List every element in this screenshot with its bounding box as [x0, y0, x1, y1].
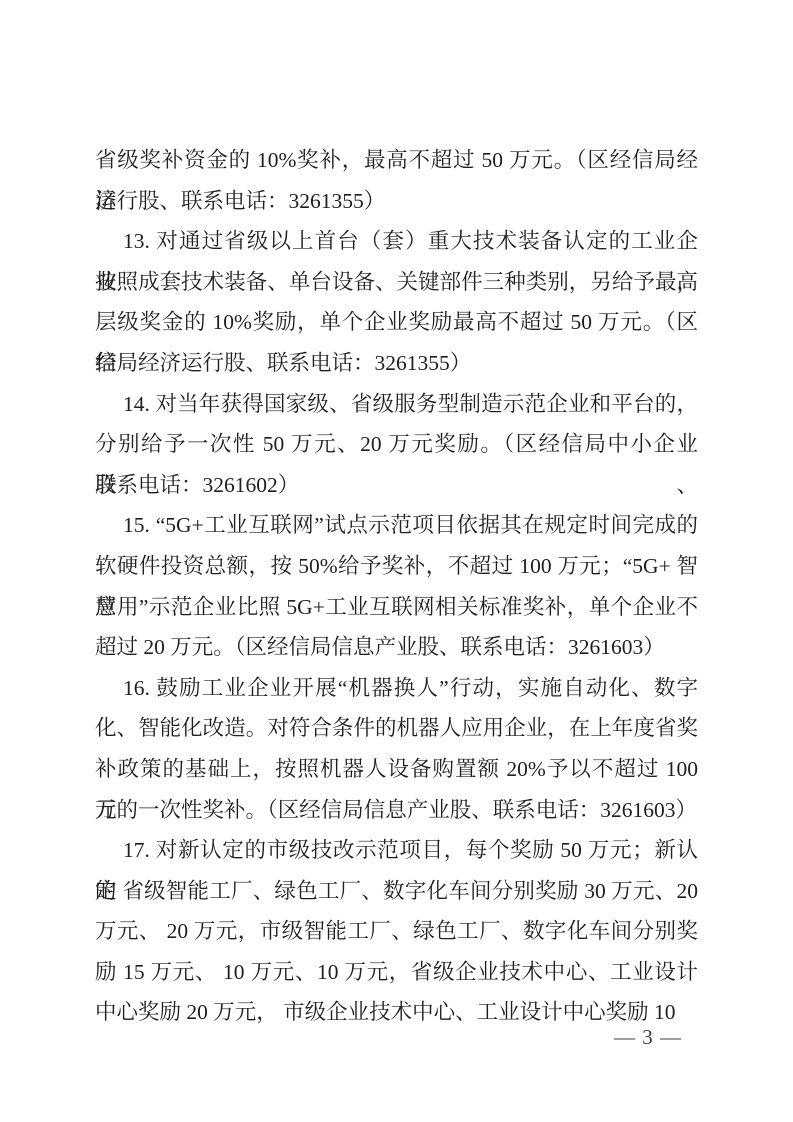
body-line: 13. 对通过省级以上首台（套）重大技术装备认定的工业企业，: [95, 221, 698, 262]
body-line: 15. “5G+工业互联网”试点示范项目依据其在规定时间完成的: [95, 505, 698, 546]
body-line: 分别给予一次性 50 万元、20 万元奖励。（区经信局中小企业股、: [95, 424, 698, 465]
body-line: 万元、 20 万元，市级智能工厂、绿色工厂、数字化车间分别奖: [95, 911, 698, 952]
body-line: 元的一次性奖补。（区经信局信息产业股、联系电话：3261603）: [95, 790, 698, 831]
body-line: 按照成套技术装备、单台设备、关键部件三种类别，另给予最高: [95, 262, 698, 303]
body-line: 层级奖金的 10%奖励，单个企业奖励最高不超过 50 万元。（区经: [95, 302, 698, 343]
body-line: 信局经济运行股、联系电话：3261355）: [95, 343, 698, 384]
body-line: 超过 20 万元。（区经信局信息产业股、联系电话：3261603）: [95, 627, 698, 668]
body-line: 的 省级智能工厂、绿色工厂、数字化车间分别奖励 30 万元、20: [95, 871, 698, 912]
body-line: 运行股、联系电话：3261355）: [95, 181, 698, 222]
body-line: 中心奖励 20 万元， 市级企业技术中心、工业设计中心奖励 10: [95, 992, 698, 1033]
body-line: 励 15 万元、 10 万元、10 万元，省级企业技术中心、工业设计: [95, 952, 698, 993]
body-line: 17. 对新认定的市级技改示范项目，每个奖励 50 万元；新认定: [95, 830, 698, 871]
body-line: 16. 鼓励工业企业开展“机器换人”行动，实施自动化、数字: [95, 668, 698, 709]
body-line: 软硬件投资总额，按 50%给予奖补，不超过 100 万元；“5G+ 智慧: [95, 546, 698, 587]
body-line: 补政策的基础上，按照机器人设备购置额 20%予以不超过 100 万: [95, 749, 698, 790]
body-line: 化、智能化改造。对符合条件的机器人应用企业，在上年度省奖: [95, 708, 698, 749]
body-line: 省级奖补资金的 10%奖补，最高不超过 50 万元。（区经信局经济: [95, 140, 698, 181]
body-line: 应用”示范企业比照 5G+工业互联网相关标准奖补，单个企业不: [95, 587, 698, 628]
body-line: 14. 对当年获得国家级、省级服务型制造示范企业和平台的，: [95, 384, 698, 425]
document-page: 省级奖补资金的 10%奖补，最高不超过 50 万元。（区经信局经济 运行股、联系…: [0, 0, 793, 1122]
body-text-block: 省级奖补资金的 10%奖补，最高不超过 50 万元。（区经信局经济 运行股、联系…: [95, 140, 698, 1033]
page-number: — 3 —: [614, 1024, 682, 1050]
